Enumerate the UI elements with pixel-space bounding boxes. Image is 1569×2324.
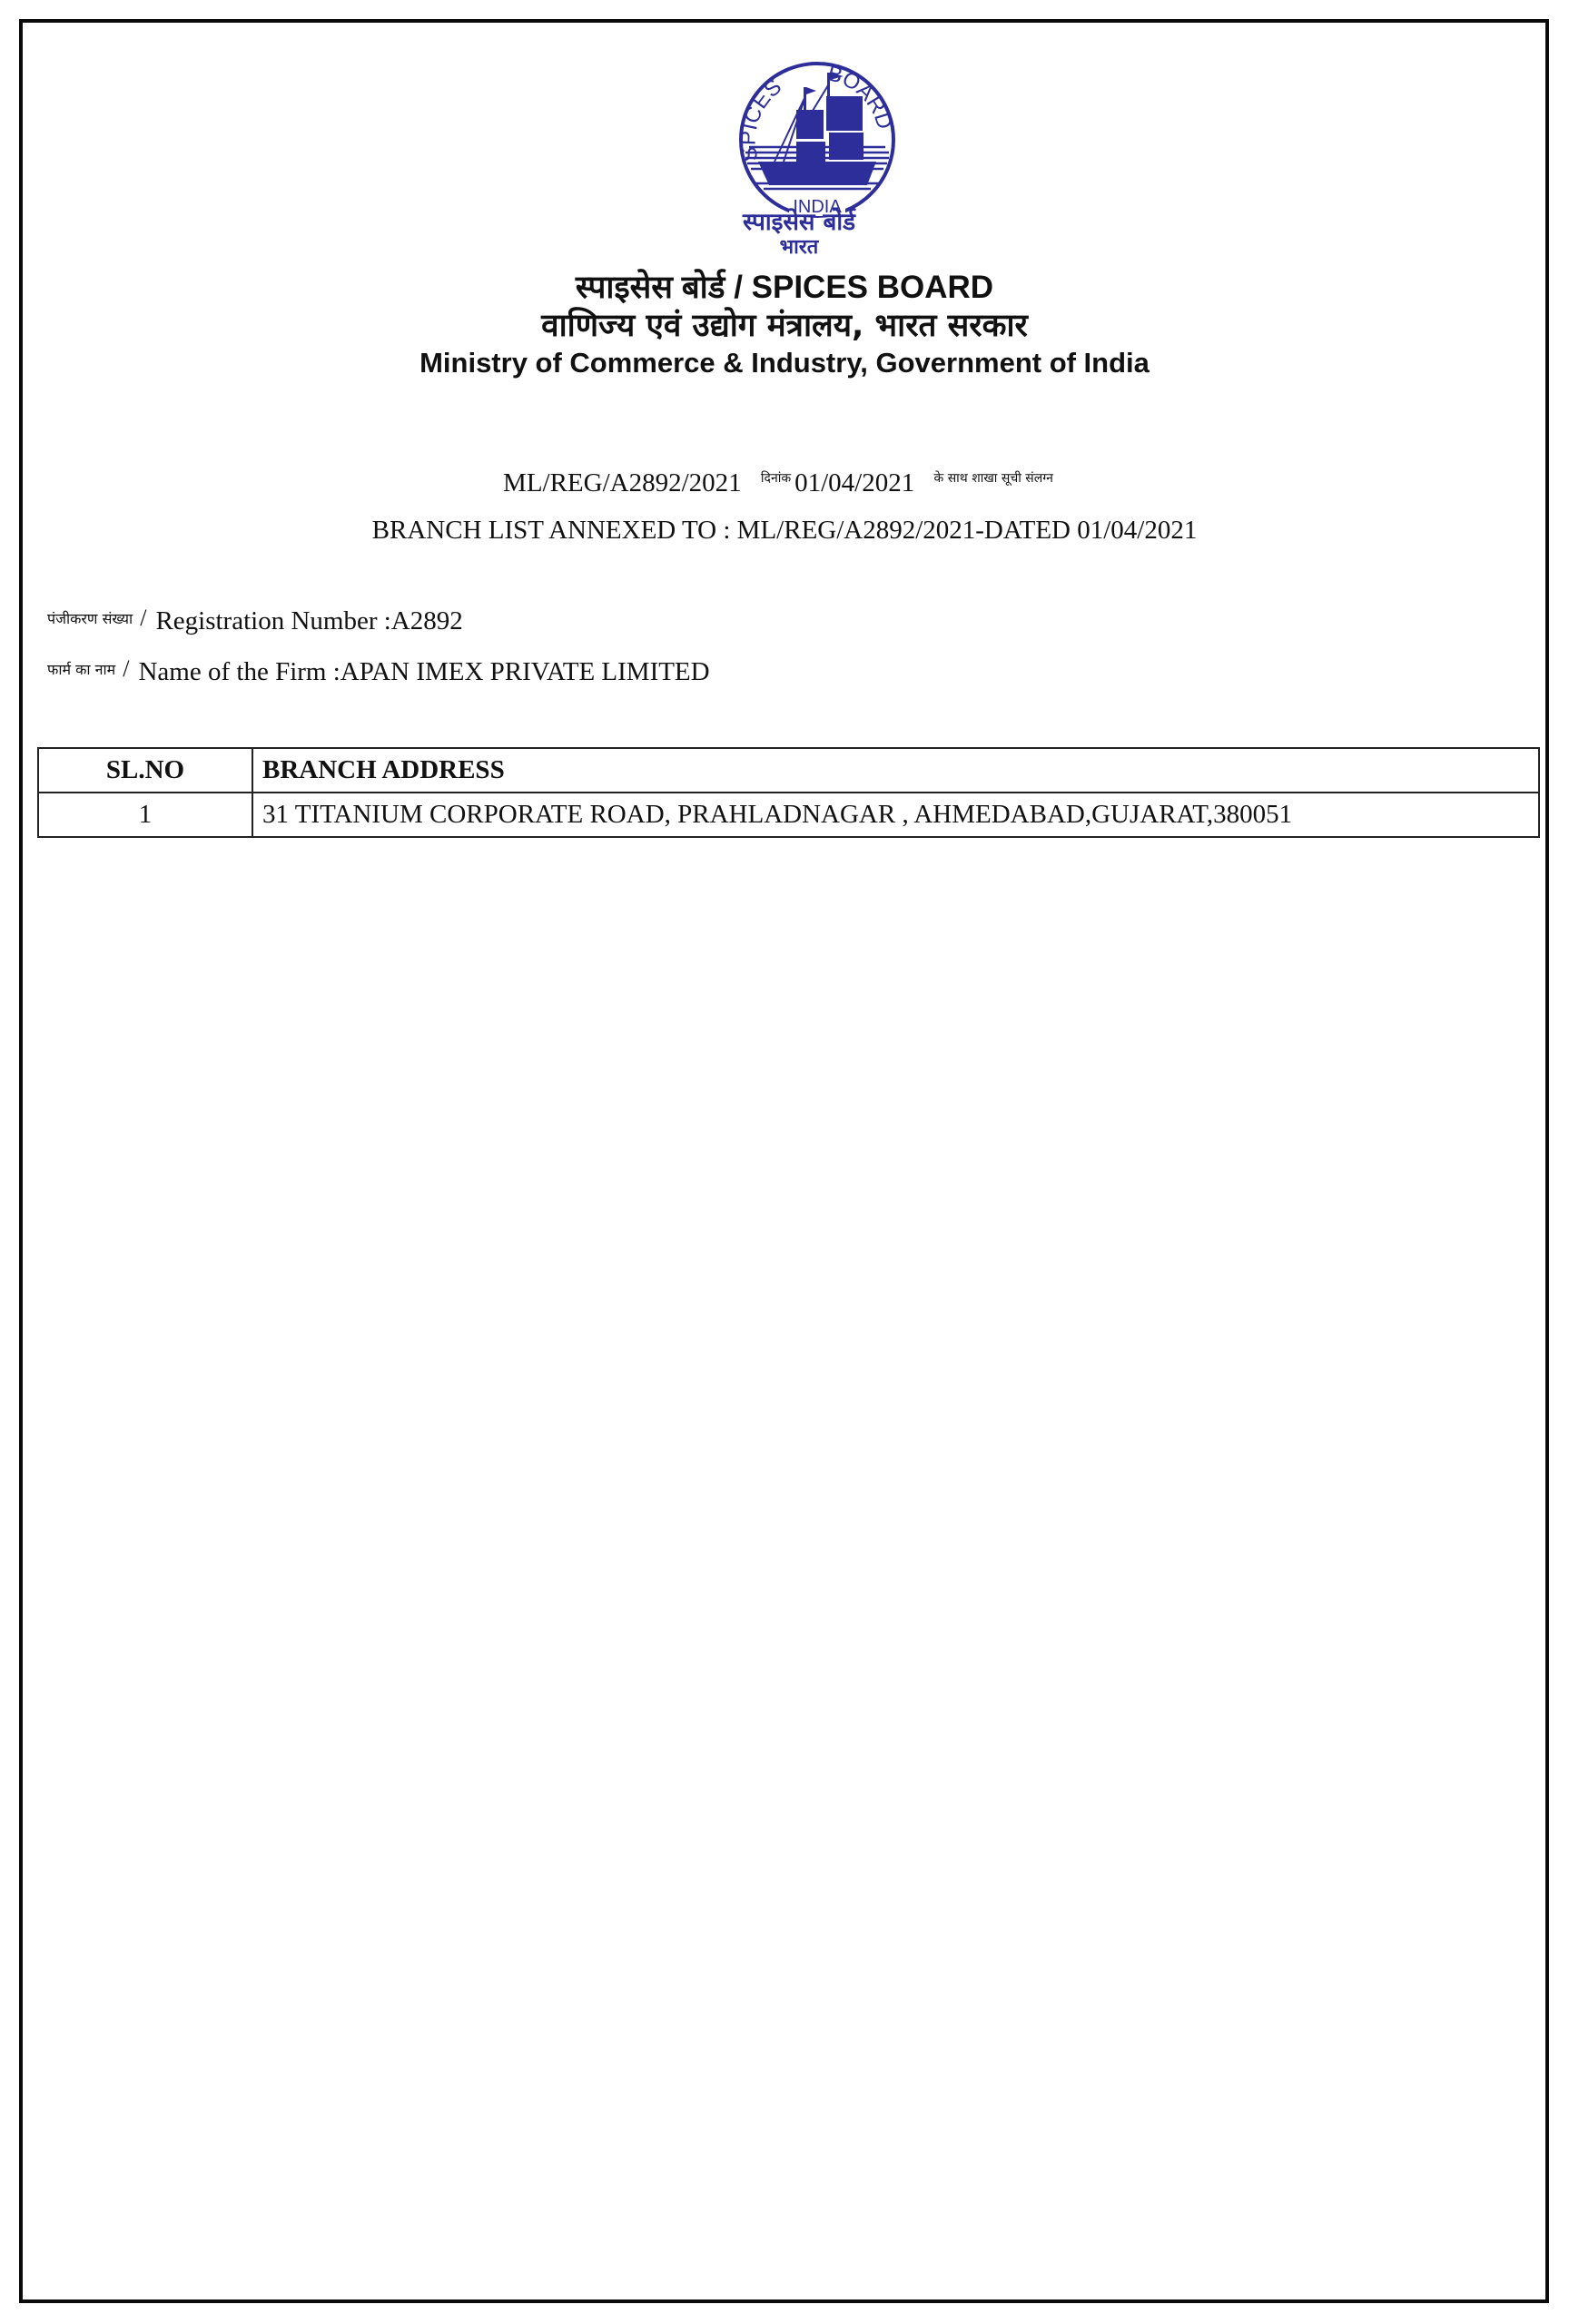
ministry-hindi: वाणिज्य एवं उद्योग मंत्रालय, भारत सरकार xyxy=(0,303,1569,346)
ministry-english: Ministry of Commerce & Industry, Governm… xyxy=(0,347,1569,379)
registration-field: पंजीकरण संख्या/Registration Number :A289… xyxy=(47,605,463,636)
firm-field: फार्म का नाम/Name of the Firm :APAN IMEX… xyxy=(47,655,710,687)
annex-line: BRANCH LIST ANNEXED TO : ML/REG/A2892/20… xyxy=(0,516,1569,546)
table-row: 1 31 TITANIUM CORPORATE ROAD, PRAHLADNAG… xyxy=(38,793,1539,837)
separator: / xyxy=(123,655,129,682)
firm-name: Name of the Firm :APAN IMEX PRIVATE LIMI… xyxy=(138,657,709,686)
registration-label-hindi: पंजीकरण संख्या xyxy=(47,610,133,627)
column-header-slno: SL.NO xyxy=(38,748,252,793)
firm-label-hindi: फार्म का नाम xyxy=(47,661,115,678)
reference-suffix-hindi: के साथ शाखा सूची संलग्न xyxy=(934,471,1053,486)
column-header-address: BRANCH ADDRESS xyxy=(252,748,1539,793)
cell-address: 31 TITANIUM CORPORATE ROAD, PRAHLADNAGAR… xyxy=(252,793,1539,837)
reference-number: ML/REG/A2892/2021 xyxy=(503,468,742,497)
reference-date: 01/04/2021 xyxy=(794,468,914,497)
table-header-row: SL.NO BRANCH ADDRESS xyxy=(38,748,1539,793)
registration-number: Registration Number :A2892 xyxy=(155,606,462,635)
logo-hindi-country: भारत xyxy=(636,232,962,260)
branch-table: SL.NO BRANCH ADDRESS 1 31 TITANIUM CORPO… xyxy=(37,747,1540,838)
reference-line: ML/REG/A2892/2021 दिनांक01/04/2021 के सा… xyxy=(0,468,1569,498)
date-label-hindi: दिनांक xyxy=(761,471,791,486)
board-title: स्पाइसेस बोर्ड / SPICES BOARD xyxy=(0,265,1569,308)
separator: / xyxy=(140,605,146,631)
cell-slno: 1 xyxy=(38,793,252,837)
spices-board-logo: SPICES BOARD INDIA xyxy=(722,60,913,219)
